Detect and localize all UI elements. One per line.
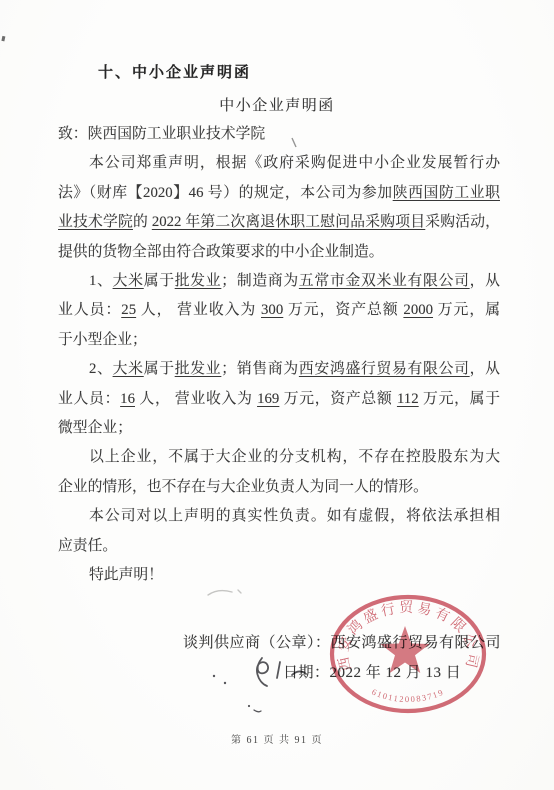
- doc-title: 中小企业声明函: [0, 94, 554, 115]
- text-run: 提供的货物全部由符合政策要求的中小企业制造。: [58, 244, 384, 260]
- seal-registration-number: 6101120083719: [370, 687, 445, 704]
- underlined-text: 西安鸿盛行贸易有限公司: [299, 361, 470, 377]
- text-run: ，从: [470, 273, 500, 289]
- text-run: 业人员：: [58, 391, 120, 407]
- body-line: 业技术学院的 2022 年第二次离退休职工慰问品采购项目采购活动，: [58, 208, 500, 237]
- underlined-text: 大米: [113, 361, 144, 377]
- body-line: 微型企业；: [58, 414, 500, 443]
- body-line: 法》（财库【2020】46 号）的规定，本公司为参加陕西国防工业职: [58, 179, 500, 208]
- seal-ring: [332, 597, 484, 711]
- text-run: 以上企业，不属于大企业的分支机构，不存在控股股东为大: [89, 449, 500, 465]
- body-line: 特此声明！: [58, 561, 500, 590]
- svg-text:6101120083719: 6101120083719: [370, 687, 445, 704]
- section-heading: 十、中小企业声明函: [98, 61, 251, 82]
- underlined-text: 16: [120, 391, 135, 407]
- text-run: 特此声明！: [89, 567, 163, 583]
- document-page: 十、中小企业声明函 中小企业声明函 致：陕西国防工业职业技术学院本公司郑重声明，…: [0, 0, 554, 790]
- text-run: 万元，属: [433, 302, 500, 318]
- body-line: 于小型企业；: [58, 326, 500, 355]
- text-run: 于小型企业；: [58, 332, 147, 348]
- text-run: 本公司对以上声明的真实性负责。如有虚假，将依法承担相: [89, 508, 500, 524]
- underlined-text: 25: [121, 302, 136, 318]
- body-line: 业人员：25 人， 营业收入为 300 万元，资产总额 2000 万元，属: [58, 296, 500, 325]
- body-line: 应责任。: [58, 532, 500, 561]
- company-seal: 西安鸿盛行贸易有限公司 6101120083719: [332, 597, 484, 711]
- pencil-smudge: [208, 590, 241, 595]
- underlined-text: 陕西国防工业职: [393, 185, 500, 201]
- text-run: 2、: [89, 361, 113, 377]
- underlined-text: 批发业: [175, 361, 222, 377]
- underlined-text: 112: [397, 391, 419, 407]
- body-line: 企业的情形，也不存在与大企业负责人为同一人的情形。: [58, 473, 500, 502]
- text-run: 应责任。: [58, 538, 117, 554]
- body-line: 本公司郑重声明，根据《政府采购促进中小企业发展暂行办: [58, 149, 500, 178]
- underlined-text: 业技术学院: [58, 214, 133, 230]
- body-line: 提供的货物全部由符合政策要求的中小企业制造。: [58, 238, 500, 267]
- body-line: 致：陕西国防工业职业技术学院: [58, 120, 500, 149]
- supplier-signature-line: 谈判供应商（公章）：西安鸿盛行贸易有限公司: [183, 631, 501, 652]
- text-run: ；销售商为: [221, 361, 299, 377]
- text-run: 万元，属于: [419, 391, 500, 407]
- text-run: 法》（财库【2020】46 号）的规定，本公司为参加: [58, 185, 393, 201]
- text-run: 微型企业；: [58, 420, 132, 436]
- body-line: 2、大米属于批发业；销售商为西安鸿盛行贸易有限公司，从: [58, 355, 500, 384]
- text-run: 致：陕西国防工业职业技术学院: [58, 126, 265, 142]
- body-line: 业人员：16 人， 营业收入为 169 万元，资产总额 112 万元，属于: [58, 385, 500, 414]
- text-run: 1、: [89, 273, 113, 289]
- text-run: 本公司郑重声明，根据《政府采购促进中小企业发展暂行办: [89, 155, 500, 171]
- underlined-text: 300: [261, 302, 283, 318]
- page-number: 第 61 页 共 91 页: [0, 731, 554, 746]
- text-run: 万元，资产总额: [283, 302, 403, 318]
- date-line: 日期：2022 年 12 月 13 日: [283, 661, 461, 682]
- text-run: 企业的情形，也不存在与大企业负责人为同一人的情形。: [58, 479, 428, 495]
- body-line: 以上企业，不属于大企业的分支机构，不存在控股股东为大: [58, 443, 500, 472]
- body-lines: 致：陕西国防工业职业技术学院本公司郑重声明，根据《政府采购促进中小企业发展暂行办…: [58, 120, 500, 591]
- underlined-text: 2000: [403, 302, 433, 318]
- underlined-text: 批发业: [175, 273, 222, 289]
- text-run: 业人员：: [58, 302, 121, 318]
- text-run: 人， 营业收入为: [135, 391, 257, 407]
- underlined-text: 2022 年第二次离退休职工慰问品采购项目: [152, 214, 425, 230]
- text-run: ，从: [470, 361, 500, 377]
- underlined-text: 大米: [113, 273, 144, 289]
- underlined-text: 169: [257, 391, 279, 407]
- text-run: 属于: [144, 273, 175, 289]
- text-run: ；制造商为: [221, 273, 299, 289]
- body-line: 本公司对以上声明的真实性负责。如有虚假，将依法承担相: [58, 502, 500, 531]
- text-run: 属于: [144, 361, 175, 377]
- text-run: 人， 营业收入为: [136, 302, 261, 318]
- text-run: 万元，资产总额: [279, 391, 397, 407]
- text-run: 采购活动，: [425, 214, 500, 230]
- body-line: 1、大米属于批发业；制造商为五常市金双米业有限公司，从: [58, 267, 500, 296]
- underlined-text: 五常市金双米业有限公司: [299, 273, 470, 289]
- text-run: 的: [133, 214, 152, 230]
